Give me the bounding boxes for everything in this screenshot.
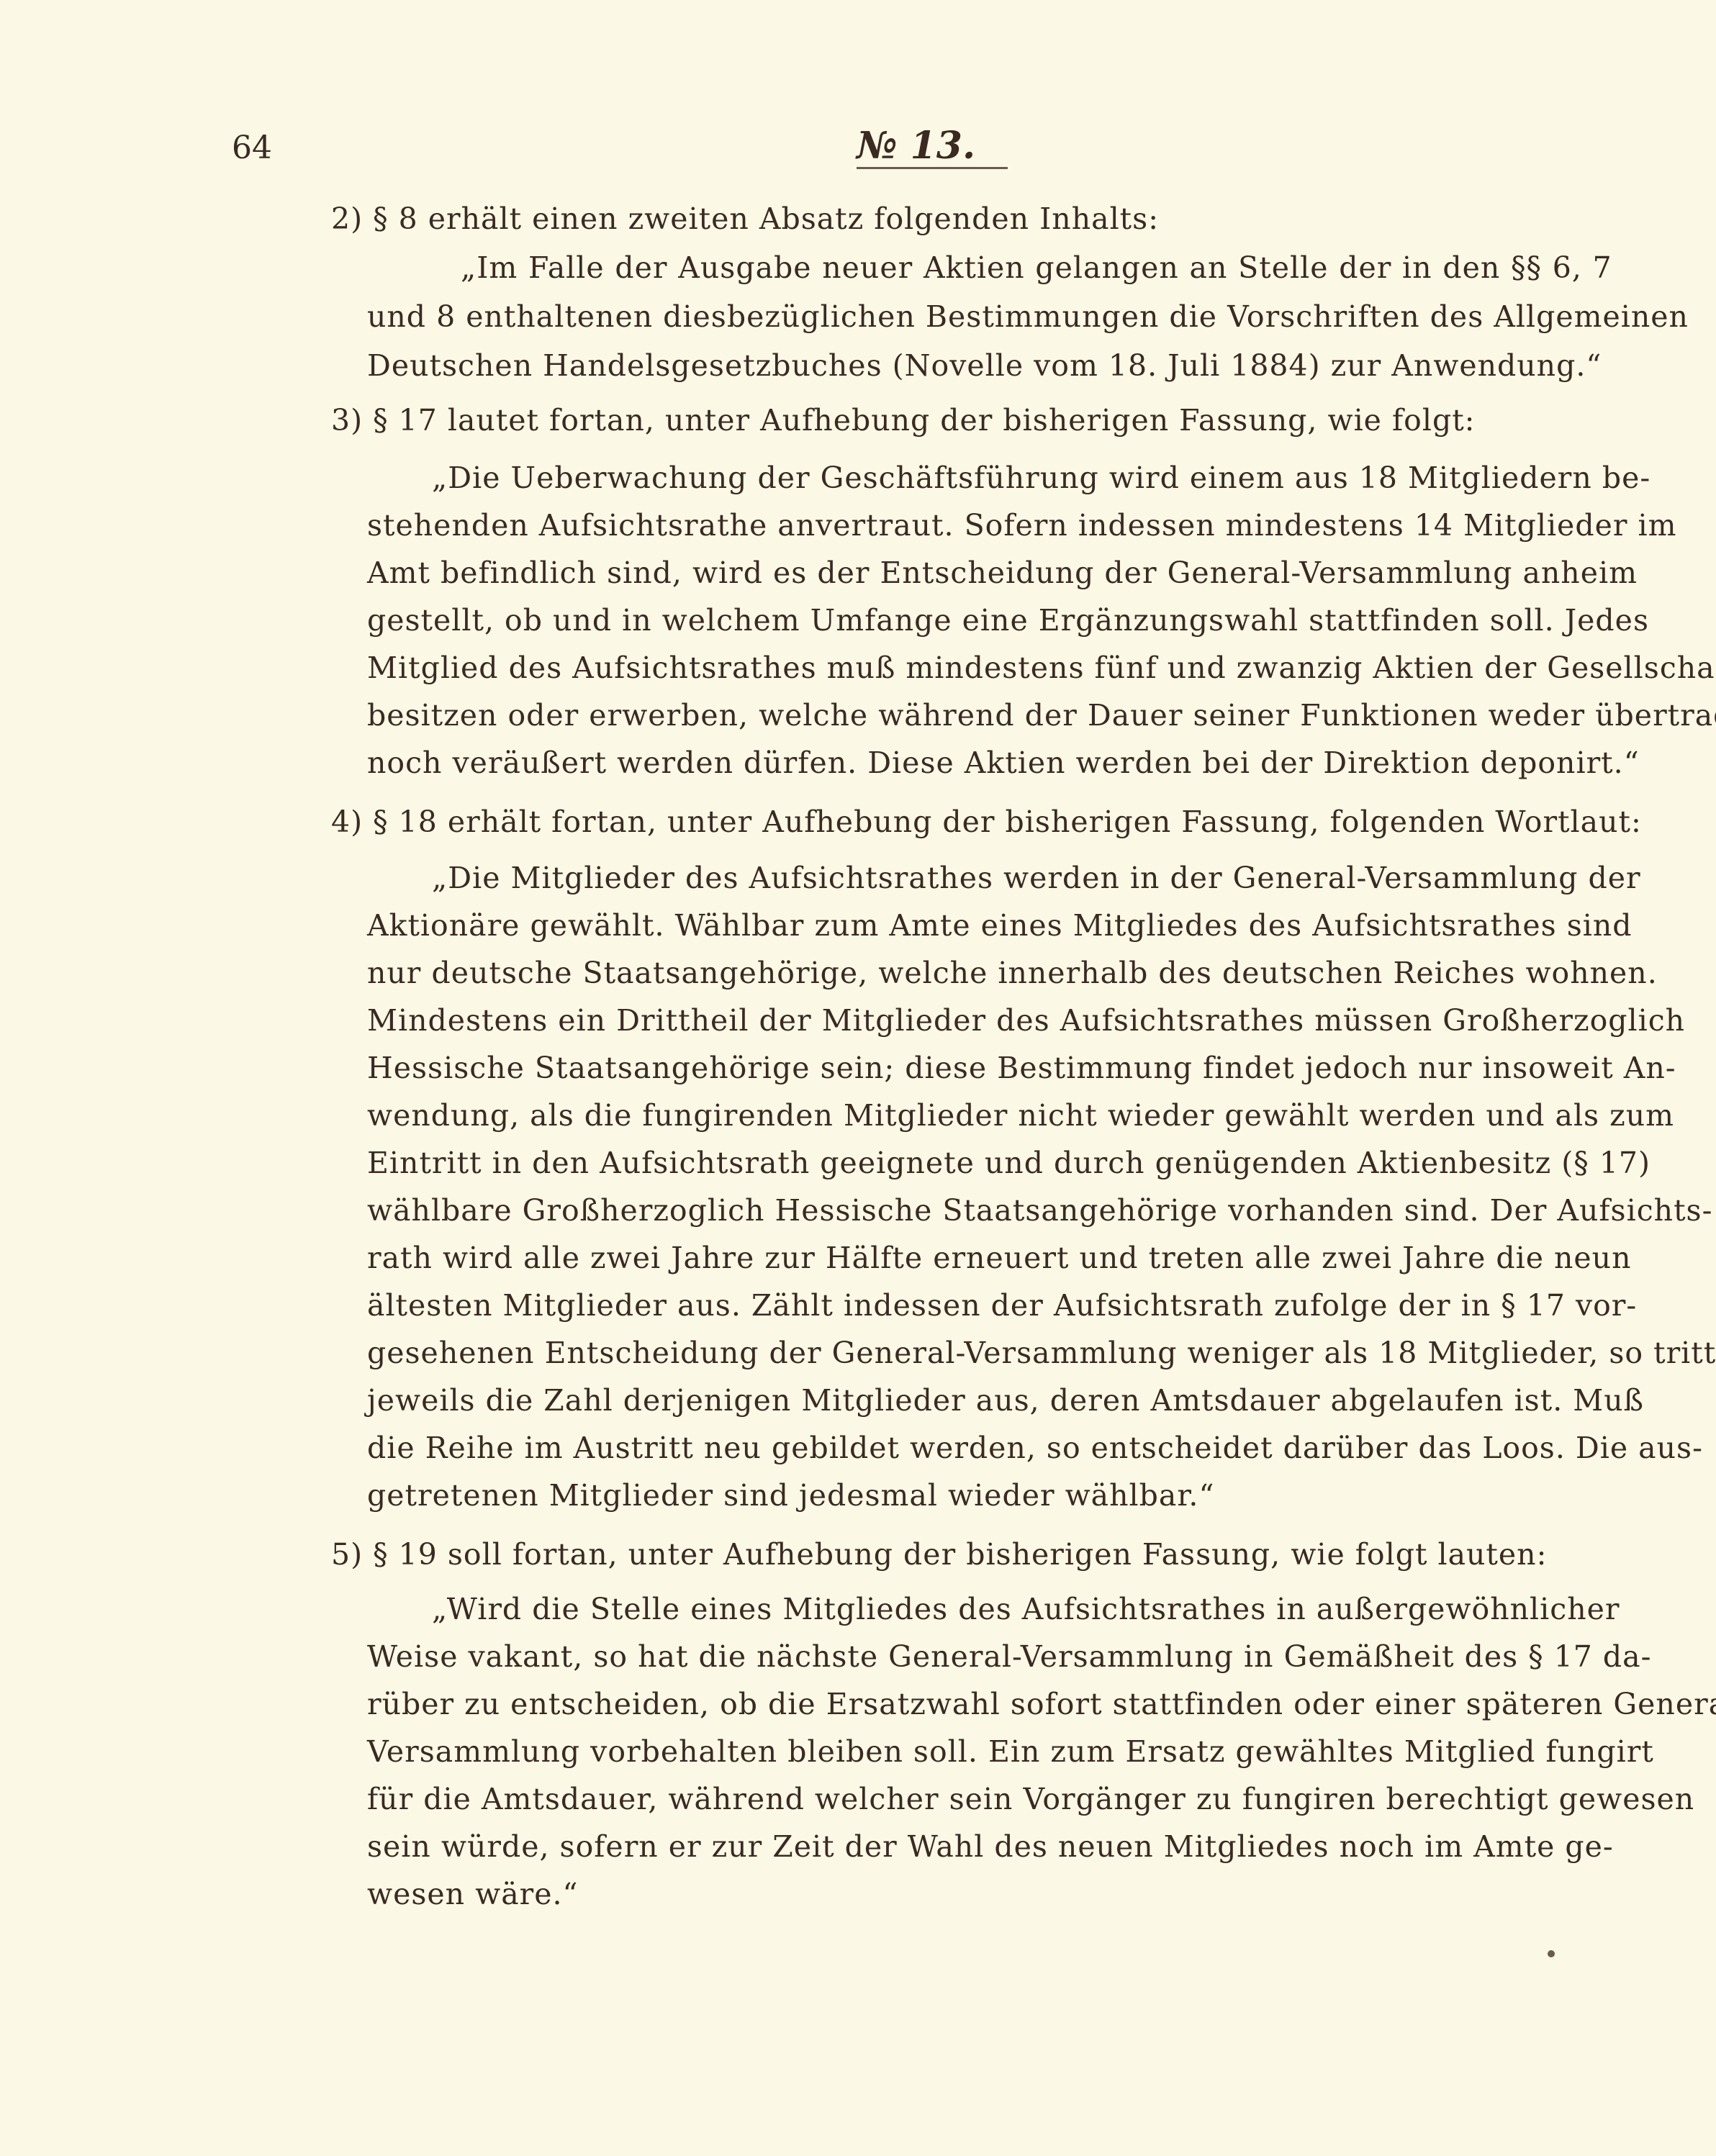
- text-line: rüber zu entscheiden, ob die Ersatzwahl …: [367, 1687, 1716, 1721]
- text-line: Deutschen Handelsgesetzbuches (Novelle v…: [367, 348, 1602, 383]
- ink-dot: [1548, 1950, 1555, 1957]
- text-line: sein würde, sofern er zur Zeit der Wahl …: [367, 1829, 1614, 1864]
- text-line: stehenden Aufsichtsrathe anvertraut. Sof…: [367, 508, 1676, 543]
- header-rule: [857, 167, 1008, 169]
- text-line: Weise vakant, so hat die nächste General…: [367, 1639, 1651, 1674]
- text-line: Aktionäre gewählt. Wählbar zum Amte eine…: [367, 908, 1633, 943]
- text-line: nur deutsche Staatsangehörige, welche in…: [367, 956, 1658, 990]
- text-line: 4) § 18 erhält fortan, unter Aufhebung d…: [331, 805, 1642, 839]
- text-line: Hessische Staatsangehörige sein; diese B…: [367, 1051, 1676, 1085]
- text-line: „Im Falle der Ausgabe neuer Aktien gelan…: [461, 250, 1612, 285]
- text-line: Mindestens ein Drittheil der Mitglieder …: [367, 1003, 1685, 1038]
- text-line: „Die Mitglieder des Aufsichtsrathes werd…: [432, 861, 1641, 895]
- page-header: № 13.: [857, 124, 975, 168]
- text-line: wendung, als die fungirenden Mitglieder …: [367, 1098, 1674, 1133]
- text-line: 3) § 17 lautet fortan, unter Aufhebung d…: [331, 403, 1475, 438]
- text-line: Eintritt in den Aufsichtsrath geeignete …: [367, 1146, 1650, 1180]
- text-line: noch veräußert werden dürfen. Diese Akti…: [367, 746, 1640, 780]
- text-line: wesen wäre.“: [367, 1877, 579, 1911]
- text-line: „Wird die Stelle eines Mitgliedes des Au…: [432, 1592, 1620, 1626]
- text-line: Amt befindlich sind, wird es der Entsche…: [367, 556, 1638, 590]
- text-line: gesehenen Entscheidung der General-Versa…: [367, 1336, 1716, 1370]
- text-line: wählbare Großherzoglich Hessische Staats…: [367, 1193, 1712, 1228]
- text-line: besitzen oder erwerben, welche während d…: [367, 698, 1716, 733]
- text-line: die Reihe im Austritt neu gebildet werde…: [367, 1431, 1703, 1465]
- text-line: Versammlung vorbehalten bleiben soll. Ei…: [367, 1734, 1654, 1769]
- text-line: ältesten Mitglieder aus. Zählt indessen …: [367, 1288, 1637, 1323]
- text-line: für die Amtsdauer, während welcher sein …: [367, 1782, 1694, 1816]
- text-line: jeweils die Zahl derjenigen Mitglieder a…: [367, 1383, 1644, 1418]
- text-line: Mitglied des Aufsichtsrathes muß mindest…: [367, 651, 1716, 685]
- text-line: 2) § 8 erhält einen zweiten Absatz folge…: [331, 201, 1159, 236]
- text-line: „Die Ueberwachung der Geschäftsführung w…: [432, 461, 1650, 495]
- text-line: getretenen Mitglieder sind jedesmal wied…: [367, 1478, 1214, 1513]
- page-number: 64: [232, 130, 272, 166]
- text-line: und 8 enthaltenen diesbezüglichen Bestim…: [367, 299, 1689, 334]
- text-line: gestellt, ob und in welchem Umfange eine…: [367, 603, 1649, 638]
- text-line: rath wird alle zwei Jahre zur Hälfte ern…: [367, 1241, 1632, 1275]
- text-line: 5) § 19 soll fortan, unter Aufhebung der…: [331, 1537, 1547, 1572]
